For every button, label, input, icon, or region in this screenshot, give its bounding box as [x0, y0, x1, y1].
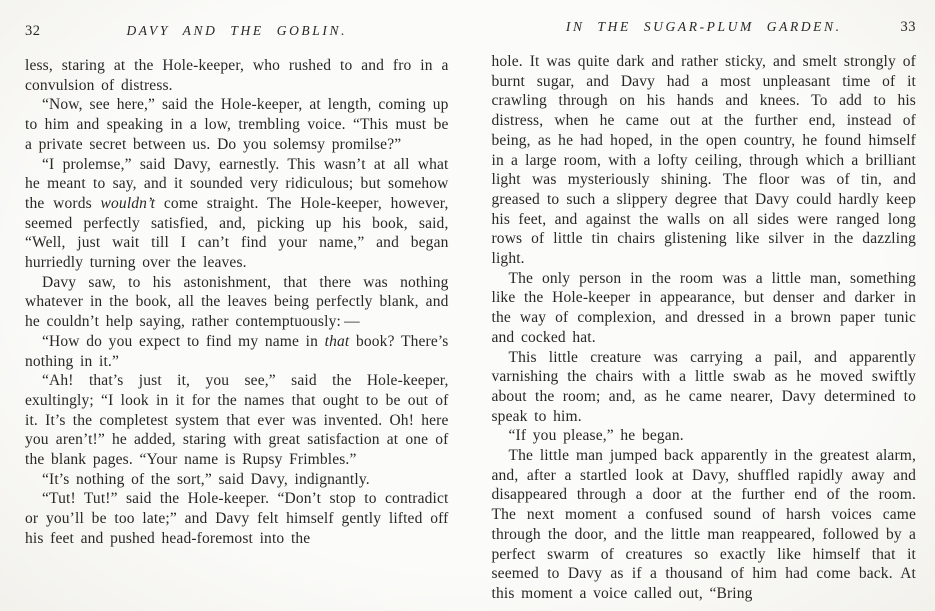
- text-run: “How do you expect to find my name in: [42, 333, 325, 350]
- text-run: This little creature was carrying a pail…: [492, 349, 917, 425]
- italic-text: wouldn’t: [101, 195, 156, 212]
- paragraph: Davy saw, to his astonishment, that ther…: [25, 273, 449, 332]
- text-run: “If you please,” he began.: [509, 427, 684, 444]
- italic-text: that: [325, 333, 350, 350]
- text-run: The little man jumped back apparently in…: [492, 447, 917, 602]
- paragraph: “Tut! Tut!” said the Hole-keeper. “Don’t…: [25, 489, 449, 548]
- paragraph: hole. It was quite dark and rather stick…: [492, 52, 917, 269]
- paragraph: less, staring at the Hole-keeper, who ru…: [25, 56, 449, 95]
- paragraph: “How do you expect to find my name in th…: [25, 332, 449, 371]
- page-body-right: hole. It was quite dark and rather stick…: [492, 52, 917, 604]
- running-header-right: IN THE SUGAR-PLUM GARDEN. 33: [492, 19, 917, 36]
- paragraph: The little man jumped back apparently in…: [492, 446, 917, 604]
- text-run: “Now, see here,” said the Hole-keeper, a…: [25, 96, 449, 152]
- running-head-title-left: DAVY AND THE GOBLIN.: [61, 23, 413, 39]
- paragraph: The only person in the room was a little…: [492, 269, 917, 348]
- paragraph: “If you please,” he began.: [492, 426, 917, 446]
- paragraph: “It’s nothing of the sort,” said Davy, i…: [25, 470, 449, 490]
- paragraph: “Ah! that’s just it, you see,” said the …: [25, 371, 449, 470]
- text-run: “It’s nothing of the sort,” said Davy, i…: [42, 471, 370, 488]
- text-run: “Tut! Tut!” said the Hole-keeper. “Don’t…: [25, 490, 449, 546]
- paragraph: This little creature was carrying a pail…: [492, 348, 917, 427]
- text-run: less, staring at the Hole-keeper, who ru…: [25, 57, 449, 94]
- text-run: “Ah! that’s just it, you see,” said the …: [25, 372, 449, 468]
- running-head-title-right: IN THE SUGAR-PLUM GARDEN.: [528, 19, 881, 35]
- page-body-left: less, staring at the Hole-keeper, who ru…: [25, 56, 449, 549]
- page-number-right: 33: [880, 19, 916, 36]
- page-left: 32 DAVY AND THE GOBLIN. less, staring at…: [0, 0, 468, 611]
- text-run: hole. It was quite dark and rather stick…: [492, 53, 917, 267]
- book-spread: 32 DAVY AND THE GOBLIN. less, staring at…: [0, 0, 935, 611]
- text-run: Davy saw, to his astonishment, that ther…: [25, 274, 449, 330]
- paragraph: “Now, see here,” said the Hole-keeper, a…: [25, 95, 449, 154]
- page-number-left: 32: [25, 23, 61, 40]
- paragraph: “I prolemse,” said Davy, earnestly. This…: [25, 155, 449, 273]
- text-run: The only person in the room was a little…: [492, 270, 917, 346]
- page-right: IN THE SUGAR-PLUM GARDEN. 33 hole. It wa…: [468, 0, 935, 611]
- running-header-left: 32 DAVY AND THE GOBLIN.: [25, 23, 449, 40]
